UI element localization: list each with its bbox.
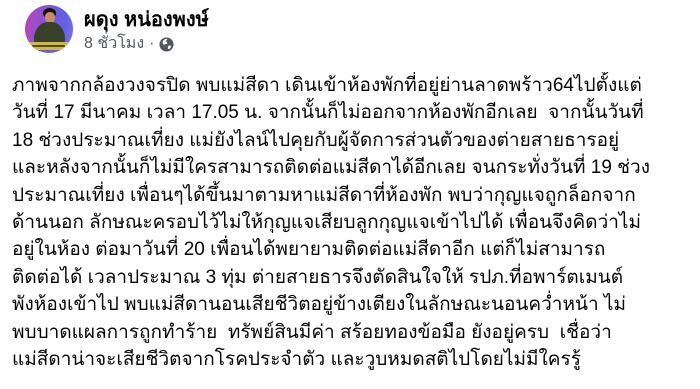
post-text-line: แม่สีดาน่าจะเสียชีวิตจากโรคประจำตัว และว…: [12, 346, 698, 373]
globe-icon: [159, 37, 174, 52]
post-text-line: ภาพจากกล้องวงจรปิด พบแม่สีดา เดินเข้าห้อ…: [12, 72, 698, 99]
post-text-line: ประมาณเที่ยง เพื่อนๆได้ขึ้นมาตามหาแม่สีด…: [12, 182, 698, 209]
post-text: ภาพจากกล้องวงจรปิด พบแม่สีดา เดินเข้าห้อ…: [12, 72, 698, 373]
avatar-banner: [28, 42, 70, 50]
avatar[interactable]: [25, 5, 73, 53]
post-header: ผดุง หน่องพงษ์ 8 ชั่วโมง ·: [25, 5, 209, 54]
post-meta: 8 ชั่วโมง ·: [84, 34, 209, 54]
author-name[interactable]: ผดุง หน่องพงษ์: [84, 8, 209, 33]
timestamp[interactable]: 8 ชั่วโมง: [84, 34, 144, 54]
post-text-line: 18 ช่วงประมาณเที่ยง แม่ยังไลน์ไปคุยกับผู…: [12, 127, 698, 154]
post-text-line: พบบาดแผลการถูกทำร้าย ทรัพย์สินมีค่า สร้อ…: [12, 319, 698, 346]
post-text-line: ติดต่อได้ เวลาประมาณ 3 ทุ่ม ต่ายสายธารจึ…: [12, 264, 698, 291]
header-text: ผดุง หน่องพงษ์ 8 ชั่วโมง ·: [84, 5, 209, 54]
post-text-line: ด้านนอก ลักษณะครอบไว้ไม่ให้กุญแจเสียบลูก…: [12, 209, 698, 236]
meta-separator: ·: [149, 34, 154, 54]
post-text-line: อยู่ในห้อง ต่อมาวันที่ 20 เพื่อนได้พยายา…: [12, 236, 698, 263]
post-text-line: พังห้องเข้าไป พบแม่สีดานอนเสียชีวิตอยู่ข…: [12, 291, 698, 318]
post-text-line: และหลังจากนั้นก็ไม่มีใครสามารถติดต่อแม่ส…: [12, 154, 698, 181]
facebook-post: ผดุง หน่องพงษ์ 8 ชั่วโมง · ภาพจากกล้องวง…: [0, 0, 700, 389]
post-text-line: วันที่ 17 มีนาคม เวลา 17.05 น. จากนั้นก็…: [12, 99, 698, 126]
